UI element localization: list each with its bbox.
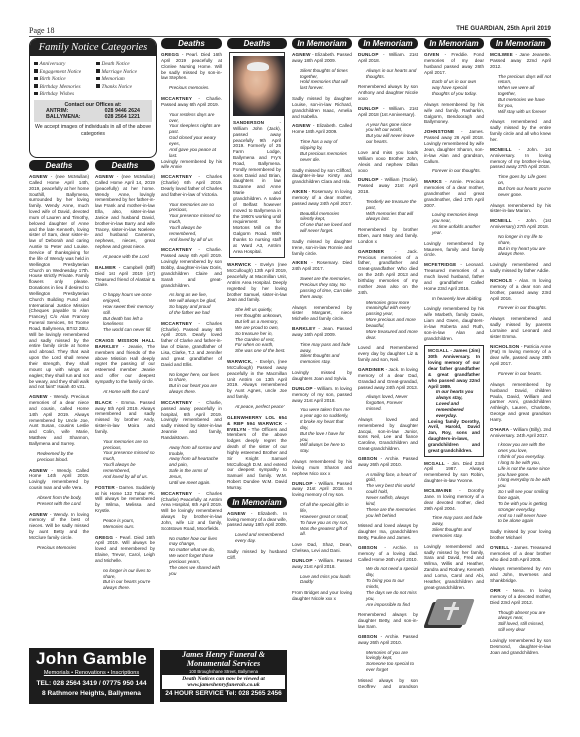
notice-text: - Charles (Charlie) Peacefully at Antrim… — [161, 491, 222, 531]
advert-name: James Henry Funeral & Monumental Service… — [160, 651, 287, 668]
verse-line: Your presence missed so much, — [161, 213, 222, 225]
verse-line: As time unfolds another year. — [424, 224, 484, 236]
notice-text: - Evelyn, (nee McCullough) Passed away p… — [227, 359, 287, 399]
column-deaths-2: Deaths AGNEW - (nee McMullan) Called Hom… — [95, 160, 155, 645]
verse-line: Your memories are so precious, — [161, 202, 222, 214]
notice-surname: DUNLOP — [358, 52, 379, 57]
verse-line: Was the greatest gift of all. — [292, 526, 352, 538]
notice-text: Remembered by brother Eben, aunt Mary an… — [358, 227, 418, 245]
notice-text: - Charles (Charlie). Passed away 6th Apr… — [161, 321, 222, 367]
notice-surname: WARWICK, — [227, 359, 253, 364]
notice-surname: AIKEN — [292, 260, 307, 265]
notice-text: Always remembered and sadly missed by th… — [490, 119, 551, 142]
notice-text: Always remembered by his loving mum Shar… — [292, 459, 352, 477]
notice-text: - Jeanie, The members and friends of the… — [95, 344, 155, 384]
verse-line: It broke my heart that day, — [292, 419, 352, 431]
verse-line: Love and miss you loads Daddy — [292, 574, 352, 586]
verse-line: And loved by all of us — [161, 237, 222, 243]
verse-line: Silent thoughts of times together, — [292, 68, 352, 80]
notice-text: Lovingly remembered by Maureen, family a… — [424, 241, 484, 259]
verse-line: You'll always be remembered, — [95, 462, 155, 474]
column-memoriam-3: In Memoriam GIVEN - Freddie. Fond memori… — [424, 38, 484, 688]
column-memoriam-2: In Memoriam DUNLOP - William. 21st April… — [358, 38, 418, 688]
verse-line: But you will never leave our hearts. — [358, 133, 418, 145]
notice: MCCARTNEY - Charlie. Passed away 6th Apr… — [161, 96, 222, 108]
notice: DUNLOP - William. In loving memory of my… — [292, 386, 352, 404]
verse-line: Forever in our thoughts. — [424, 168, 484, 174]
verse-line: Precious they stay, No passing of time, … — [292, 282, 352, 300]
notice-surname: BLACK — [95, 400, 112, 405]
verse-line: But the love I have for you, — [292, 431, 352, 443]
verse-line: Memories ours. — [95, 524, 155, 530]
verse-line: But in my heart you are always there. — [490, 246, 551, 258]
accept-images-note: We accept images of individuals in all o… — [30, 124, 156, 137]
notice-text: Missed always by son Geoffrey and grands… — [358, 678, 418, 688]
verse-line: I long everyday to be with you. — [490, 477, 551, 489]
notice-text: Lovingly remembered by his wife Marbeth,… — [424, 306, 484, 341]
notice: BARKLEY - Jean. Passed away 16th April 2… — [292, 326, 352, 338]
notice-text: Always loved and remembered by daughter … — [358, 417, 418, 452]
verse-line: Memories of you are lovingly kept, — [358, 650, 418, 662]
notice-text: Sadly missed by your loving brother Mich… — [490, 529, 551, 541]
notice: BALMER - Campbell (Biff) Died 1st April … — [95, 265, 155, 288]
notice: DUNLOP - William. 21st April 2018. — [358, 52, 418, 64]
verse-line: Away from all heartache and pain, — [161, 456, 222, 468]
category-item: Marriage Notice — [96, 69, 156, 75]
column-deaths-1: Deaths AGNEW - (nee McMullan) Called Hom… — [29, 160, 89, 645]
notice-surname: DUNLOP — [292, 558, 313, 563]
verse-line: Precious memories. — [161, 85, 222, 91]
verse-line: And loved by all of us. — [95, 474, 155, 480]
notice-surname: BALMER — [95, 265, 116, 270]
notice-surname: MARKS — [424, 179, 442, 184]
category-item: Anniversary — [34, 61, 96, 67]
notice: AGNEW - (nee McMullan) Called Home April… — [95, 174, 155, 250]
verse-line: But left us a memory, — [227, 319, 287, 325]
verse-line: O happy hours we once enjoyed, — [95, 292, 155, 304]
verse-line: Each of us in our own way have special t… — [424, 79, 484, 97]
notice: AGNEW - Wendy. Precious memories of a de… — [29, 394, 89, 447]
verse-line: But memories we have for you, — [490, 97, 551, 109]
verse-line: Silent thoughts and memories stay. — [292, 353, 352, 365]
verse-line: When we were all together, — [490, 85, 551, 97]
notice-surname: DUNLOP — [358, 106, 379, 111]
verse-line: Time goes by. Life goes on, — [490, 174, 551, 186]
verse-line: We do not need a special day, — [358, 566, 418, 578]
notice: AGNEW - Elizabeth. Called Home 18th Apri… — [292, 123, 352, 135]
notice-surname: MCCARTNEY — [161, 174, 192, 179]
notice-text: Always remembered by sister Margaret, ni… — [292, 305, 352, 323]
family-notice-categories-box: Family Notice Categories Anniversary Dea… — [29, 38, 157, 158]
page-header: Page 18 THE GUARDIAN, 25th April 2019 — [29, 26, 551, 37]
notice-surname: MCGALL — [428, 348, 449, 353]
notice: MCCARTNEY - Charles (Charlie) 6th April … — [161, 174, 222, 197]
verse-line: No longer here, our lives to share, — [161, 372, 222, 384]
verse-line: God closed your weary eyes, — [161, 135, 222, 147]
contact-panel: Contact our Offices at: ANTRIM:028 9446 … — [34, 100, 152, 122]
verse-line: The days we do not miss you, — [358, 590, 418, 602]
section-banner-deaths: Deaths — [227, 38, 287, 49]
verse-line: Precious Memories — [29, 545, 89, 551]
verse-line: Hold memories that will last forever. — [292, 79, 352, 91]
notice-text: Remembered always by son Anthony and dau… — [358, 84, 418, 102]
notice: AIKEN - Rosemary. Died 24th April 2017. — [292, 260, 352, 272]
notice: MCCARTNEY - Charlie. Passed away 6th Apr… — [161, 247, 222, 288]
verse-line: A smiling face, a heart of gold, — [358, 472, 418, 484]
notice-text: - (nee McMullan) Called Home April 14, 2… — [95, 174, 155, 249]
verse-line: However great or small, — [292, 514, 352, 520]
notice-surname: MCNEILL — [490, 147, 512, 152]
section-banner-deaths: Deaths — [95, 160, 155, 171]
verse-line: Forever in our thoughts. — [490, 305, 551, 311]
bible-cross-icon — [428, 595, 476, 631]
notice-surname: AGNEW — [29, 394, 48, 399]
notice: GREGG - Pearl. Died 16th April 2019. Wil… — [95, 535, 155, 564]
paper-dateline: THE GUARDIAN, 25th April 2019 — [456, 26, 551, 32]
notice-text: Loved and Remembered every day by daught… — [358, 345, 418, 363]
notice-text: Missed and loved always by daughter Ina,… — [358, 523, 418, 541]
notice-text: - Charlie. Passed away 6th April 2019. L… — [161, 247, 222, 287]
notice-text: From Bridget and your loving daughter Ni… — [292, 590, 352, 602]
notice-surname: GIBSON — [358, 545, 377, 550]
notice: GLENWHERRY LOL 654 & RBP 594 WARWICK - E… — [227, 415, 287, 491]
verse-line: Are impossible to find — [358, 602, 418, 608]
advert-web-url: www.jameshenryfunerals.co.uk — [162, 682, 285, 689]
notice-surname: O'HARA — [490, 427, 509, 432]
section-banner-in-memoriam: In Memoriam — [424, 38, 484, 49]
notice-surname: DUNLOP — [292, 386, 313, 391]
notice-surname: MCGALL — [424, 461, 445, 466]
verse-line: Tenderly we treasure the past, — [358, 199, 418, 211]
office-ballymena: BALLYMENA:028 2564 1221 — [34, 114, 152, 120]
notice: MCGALL - James (Jim) 30th Anniversary. I… — [428, 348, 480, 389]
verse-line: More precious and more beautiful, — [358, 317, 418, 329]
notice: NICHOLS - Alan. In loving memory of a de… — [490, 278, 551, 301]
advert-telephone: 24 HOUR SERVICE Tel: 028 2565 2456 — [160, 690, 287, 697]
notice-surname: GREGG — [161, 52, 179, 57]
verse-line: no longer in our lives to share, — [95, 568, 155, 580]
notice-surname: ORR — [490, 588, 501, 593]
verse-line: To have you as my son, — [292, 520, 352, 526]
notice-text: Always remembered by his wife and family… — [424, 102, 484, 125]
verse-line: Until we meet again. — [161, 480, 222, 486]
verse-line: You were taken from me a year ago so sud… — [292, 407, 352, 419]
verse-line: Always in our hearts and thoughts. — [358, 68, 418, 80]
notice-surname: GREGG — [95, 535, 113, 540]
verse-line: But in our hearts you're always there. — [95, 579, 155, 591]
verse-line: Your restless days are over, — [161, 112, 222, 124]
verse-line: To be with you is getting stronger every… — [490, 501, 551, 513]
notice: GARDINER - Jack. Precious memories of a … — [358, 249, 418, 296]
notice: GARDINER - Jack. In loving memory of a d… — [358, 367, 418, 390]
notice: AGNEW - (nee McMullan) Called Home April… — [29, 174, 89, 390]
notice: SANDERSON - William John (Jack), passed … — [233, 120, 281, 254]
advert-services: Memorials • Renovations • Inscriptions — [29, 670, 154, 676]
verse-line: In our hearts you always stay, — [428, 389, 480, 401]
notice: NICHOLSON - Patricia Anne (Pat) In lovin… — [490, 344, 551, 367]
page-number: Page 18 — [29, 26, 55, 35]
verse-line: Loved and remembered every day. — [227, 532, 287, 544]
notice-surname: GIVEN — [424, 52, 439, 57]
notice: AGNEW - Elizabeth. In loving memory of a… — [227, 511, 287, 529]
column-deaths-4: Deaths SANDERSON - William John (Jack), … — [227, 38, 287, 648]
notice-text: Always remembered and sadly missed by pa… — [490, 316, 551, 339]
verse-line: Loving memories keep you near, — [424, 212, 484, 224]
section-banner-in-memoriam: In Memoriam — [227, 497, 287, 508]
notice-surname: DUNLOP — [292, 481, 313, 486]
verse-line: She was one of the best. — [227, 348, 287, 354]
notice-text: - Jack. Precious memories of a father, g… — [358, 249, 418, 295]
categories-title: Family Notice Categories — [30, 39, 156, 56]
verse-line: But in our heart you are always there. — [161, 383, 222, 395]
notice-surname: GARDINER — [358, 249, 384, 254]
notice: DUNLOP - William (Toolie). Passed away 2… — [358, 177, 418, 195]
section-banner-in-memoriam: In Memoriam — [490, 38, 551, 49]
verse-line: Away from all sorrow and trouble, — [161, 445, 222, 457]
notice-text: - James (Jim) 30th Anniversary. In lovin… — [428, 348, 480, 388]
notice-surname: GIBSON — [358, 456, 377, 461]
portrait-photo — [233, 56, 285, 116]
notice-text: - William John (Jack), passed away peace… — [233, 120, 281, 254]
verse-line: More treasured and more dear. — [358, 329, 418, 341]
verse-line: No longer in my life to share, — [490, 234, 551, 246]
notice-text: Lovingly remembered by son Desmond, daug… — [490, 638, 551, 656]
verse-line: Of all the special gifts in life, — [292, 502, 352, 514]
notice-text: - James. Passed away 26 April 2018. Lovi… — [424, 129, 484, 163]
mcgall-anniversary-box: MCGALL - James (Jim) 30th Anniversary. I… — [424, 345, 484, 456]
category-item: Birthday Wishes — [34, 91, 96, 97]
verse-line: of the father we had — [161, 310, 222, 316]
notice: MCNEILL - John. (1st Anniversary) 27th A… — [490, 218, 551, 230]
verse-line: And so I will never have to be alone aga… — [490, 513, 551, 525]
notice-text: Love and miss you loads William xoxo Bro… — [358, 150, 418, 173]
column-memoriam-4: In Memoriam MCILWEE - Jane Jeanette. Pas… — [490, 38, 551, 688]
notice: FOSTER - Darren. Suddenly at his Home 13… — [95, 485, 155, 514]
advert-address: 8 Rathmore Heights, Ballymena — [29, 690, 154, 697]
verse-line: Safe in the arms of Jesus, — [161, 468, 222, 480]
notice-surname: AGNEW — [29, 174, 48, 179]
notice-surname: WARWICK — [227, 262, 251, 267]
verse-line: Still loved, still missed, still very de… — [490, 621, 551, 633]
advert-address: 100 Broughshane Street, Ballymena — [160, 669, 287, 674]
notice-surname: MCCARTNEY — [161, 321, 192, 326]
notice-surname: AGNEW — [292, 52, 311, 57]
notice-surname: FOSTER — [95, 485, 115, 490]
notice: DUNLOP - William. Passed away 21st April… — [292, 558, 352, 570]
notice-surname: O'NEILL — [490, 545, 509, 550]
notice-text: Always remembered by his sister-in-law M… — [490, 203, 551, 215]
notice-surname: MCILWAINE — [424, 488, 452, 493]
notice-surname: MCCARTNEY — [161, 247, 192, 252]
notice-surname: BARKLEY — [292, 326, 316, 331]
notice: MCCARTNEY - Charles (Charlie) Peacefully… — [161, 491, 222, 532]
notice-text: - (nee McMullan) Called Home April 14th,… — [29, 174, 89, 389]
verse-line: Present with the Lord. — [29, 501, 89, 507]
notice-surname: NICHOLS — [490, 278, 512, 283]
verse-line: The ones we shared with you — [161, 565, 222, 577]
verse-line: Your presence missed so much, — [95, 450, 155, 462]
verse-line: At peace with the Lord — [95, 254, 155, 260]
notice: DUNLOP - William. 21st April 2018 (1st A… — [358, 106, 418, 118]
verse-line: precious blood. — [29, 457, 89, 463]
verse-line: Will stay with us forever — [490, 109, 551, 115]
verse-line: At peace, perfect peace' — [227, 404, 287, 410]
notice-text: Lovingly remembered by his wife Annie — [161, 159, 222, 171]
notice-surname: MCILWEE — [490, 52, 513, 57]
verse-line: Always loved, Never forgotten, Forever m… — [358, 394, 418, 412]
verse-line: And gave you peace at last. — [161, 147, 222, 159]
notice: AGNEW - Wendy. In loving memory of the b… — [29, 512, 89, 541]
verse-line: Time may pass and fade away, — [292, 342, 352, 354]
category-item: Death Notice — [96, 61, 156, 67]
verse-line: With memories that will always last. — [358, 211, 418, 223]
notice-surname: SANDERSON — [233, 120, 264, 125]
notice-surname: AGNEW — [292, 123, 311, 128]
verse-line: At Home with the Lord — [95, 389, 155, 395]
notice-surname: GARDINER — [358, 367, 384, 372]
notice-text: Sadly missed by daughter Louise, son-in-… — [292, 96, 352, 119]
notice-text: Always remembered by husband David, chil… — [490, 382, 551, 423]
james-henry-advert: James Henry Funeral & Monumental Service… — [160, 650, 287, 702]
notice: AGNEW - Elizabeth. Passed away 18th Apri… — [292, 52, 352, 64]
notice: GIBSON - Archie. Passed away 26th April … — [358, 634, 418, 646]
verse-line: Your sleepless nights are past. — [161, 123, 222, 135]
verse-line: I know you are with the ones you love, — [490, 442, 551, 454]
notice: MCFETRIDGE - Leonard. Treasured memories… — [424, 262, 484, 291]
verse-line: Silent thoughts and memories stay. — [424, 527, 484, 539]
notice: GIVEN - Freddie. Fond memories of my dea… — [424, 52, 484, 75]
notice: GREGG - Pearl. Died 16th April 2019 peac… — [161, 52, 222, 81]
column-deaths-3: Deaths GREGG - Pearl. Died 16th April 20… — [161, 38, 222, 643]
section-banner-deaths: Deaths — [29, 160, 89, 171]
notice-text: Love Dad, Shaz, Dean, Chelsea, Levi and … — [292, 542, 352, 554]
notice-surname: GIBSON — [358, 634, 377, 639]
notice-surname: MCCARTNEY — [161, 400, 192, 405]
notice-surname: NICHOLSON — [490, 344, 519, 349]
verse-line: But death has left a loneliness — [95, 316, 155, 328]
notice: MCGALL - Jim. Died 23rd April 1987. Alwa… — [424, 461, 484, 484]
notice: WARWICK - Evelyn (nee McCullough) 13th A… — [227, 262, 287, 303]
category-item: Thanks Notice — [96, 84, 156, 90]
notice-text: Lovingly remembered and sadly missed by … — [424, 544, 484, 591]
notice-surname: AIKEN — [292, 189, 307, 194]
john-gamble-advert: John Gamble Memorials • Renovations • In… — [29, 648, 154, 704]
advert-telephone: TEL: 028 2564 3419 / 07775 950 144 — [29, 680, 154, 687]
notice: MARKS - Annie. Precious memories of a de… — [424, 179, 484, 208]
section-banner-in-memoriam: In Memoriam — [358, 38, 418, 49]
verse-line: A year has gone since you left our world… — [358, 122, 418, 134]
notice: MCNEILL - John. 1st Anniversary. In lovi… — [490, 147, 551, 170]
notice: MCCARTNEY - Charlie, passed away peacefu… — [161, 400, 222, 441]
notice-text: Sadly missed by son Clifford, daughter-i… — [292, 168, 352, 186]
notice-surname: MCCARTNEY — [161, 491, 192, 496]
verse-line: Though absent you are always near, — [490, 610, 551, 622]
notice-text: Lovingly missed by daughters Joan and Sy… — [292, 370, 352, 382]
notice: MCCARTNEY - Charles (Charlie). Passed aw… — [161, 321, 222, 368]
notice: CRAIGS MISSION HALL BARKLEY - Jeanie, Th… — [95, 338, 155, 385]
category-item: Birthday Memories — [34, 84, 96, 90]
newspaper-page: Page 18 THE GUARDIAN, 25th April 2019 Fa… — [0, 0, 580, 737]
office-phone: 028 2564 1221 — [105, 114, 140, 120]
notice: WARWICK, - Evelyn, (nee McCullough) Pass… — [227, 359, 287, 400]
verse-line: The very best this world could hold, — [358, 483, 418, 495]
verse-line: Never selfish, always kind, — [358, 495, 418, 507]
verse-line: Beautiful memories silently kept, — [292, 211, 352, 223]
verse-line: Memories grow more meaningful with every… — [358, 300, 418, 318]
verse-line: To bring you to our minds, — [358, 578, 418, 590]
notice-text: - Charlie, passed away peacefully in hos… — [161, 400, 222, 440]
notice-surname: DUNLOP — [358, 177, 379, 182]
verse-line: Loved and remembered everyday. — [428, 401, 480, 419]
verse-line: So I will see your smiling face again, — [490, 489, 551, 501]
verse-line: No matter how our lives may change, — [161, 536, 222, 548]
notice-surname: AGNEW — [29, 468, 48, 473]
verse-line: Absent from the body, — [29, 495, 89, 501]
notice: AIKEN - Rosemary. In loving memory of a … — [292, 189, 352, 207]
notice-surname: AGNEW — [29, 512, 48, 517]
verse-line: Your memories are so precious, — [95, 439, 155, 451]
notice-text: - The Officers and Members of the above … — [227, 427, 287, 490]
verse-line: Of one that we loved and will never forg… — [292, 222, 352, 234]
notice-text: Sadly missed by husband Cliff. — [227, 549, 287, 561]
notice-text: Sadly missed by daughter Irene, son-in-l… — [292, 239, 352, 257]
notice: MCILWAINE - Dorothy Jane. In loving memo… — [424, 488, 484, 511]
notice-surname: AGNEW — [95, 174, 114, 179]
verse-line: How sweet their memory still. — [95, 304, 155, 316]
verse-line: Will always be here to stay. — [292, 442, 352, 454]
sanderson-notice-box: SANDERSON - William John (Jack), passed … — [229, 52, 285, 258]
verse-line: You'll always be remembered, — [161, 225, 222, 237]
notice-text: - Emma. Passed away 5th April 2019. Alwa… — [95, 400, 155, 434]
notice-text: - Evelyn (nee McCullough) 13th April 201… — [227, 262, 287, 302]
notice: AGNEW - Wendy. Called Home 14th April 20… — [29, 468, 89, 491]
verse-line: Life is not the same since you have gone… — [490, 466, 551, 478]
verse-line: We won't forget those precious years, — [161, 553, 222, 565]
notice: ORR - Nena. In loving memory of a devote… — [490, 588, 551, 606]
category-item: Birth Notice — [34, 76, 96, 82]
category-item: Memoriam — [96, 76, 156, 82]
notice-text: Loving family Dorothy, Avril, Harold, Da… — [428, 419, 480, 454]
verse-line: But precious memories never die. — [292, 151, 352, 163]
section-banner-deaths: Deaths — [161, 38, 222, 49]
notice-text: - Wendy. Precious memories of a dear nie… — [29, 394, 89, 446]
notice: GIBSON - Archie. In memory of a loving d… — [358, 545, 418, 563]
column-memoriam-1: In Memoriam AGNEW - Elizabeth. Passed aw… — [292, 38, 352, 688]
verse-line: But from our hearts you're never gone. — [490, 186, 551, 198]
verse-line: The world can never fill. — [95, 327, 155, 333]
notice-text: Remembered always by daughter Betty, and… — [358, 612, 418, 630]
notice-text: Always remembered by Ann and John, Inver… — [490, 566, 551, 584]
notice: O'HARA - William (Billy). 2nd Anniversar… — [490, 427, 551, 439]
notice-surname: AGNEW — [227, 511, 246, 516]
notice: DUNLOP - William. Passed away 21st April… — [292, 481, 352, 499]
notice: JOHNSTONE - James. Passed away 26 April … — [424, 129, 484, 164]
notice-surname: MCCARTNEY — [161, 96, 192, 101]
verse-line: Forever in our hearts. — [490, 371, 551, 377]
verse-line: Someone too special to ever forget — [358, 661, 418, 673]
advert-name: John Gamble — [29, 650, 154, 668]
notice-surname: MCFETRIDGE — [424, 262, 456, 267]
notice-surname: MCNEILL — [490, 218, 512, 223]
advert-web-box: Death Notices can now be viewed at www.j… — [162, 675, 285, 689]
section-banner-in-memoriam: In Memoriam — [292, 38, 352, 49]
office-name: BALLYMENA: — [46, 114, 81, 120]
verse-line: The precious days will not return, — [490, 74, 551, 86]
verse-line: We are proud to own, — [227, 325, 287, 331]
notice-text: Lovingly remembered and sadly missed by … — [490, 262, 551, 274]
notice-surname: JOHNSTONE — [424, 129, 454, 134]
category-item: Engagement Notice — [34, 69, 96, 75]
